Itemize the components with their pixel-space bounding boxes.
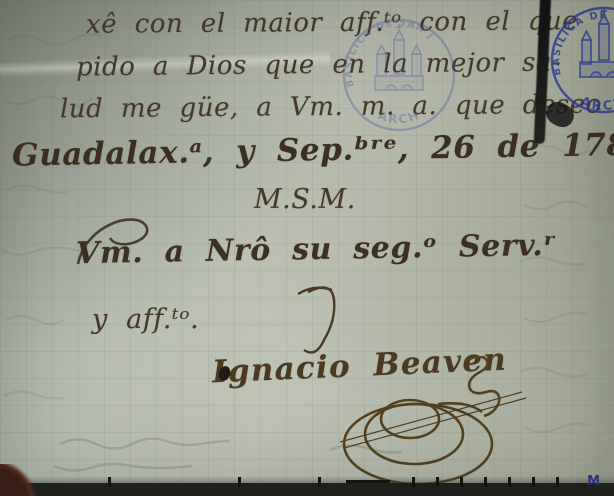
cutoff-letter-mark bbox=[460, 477, 463, 487]
manuscript-line-6: Vm. a Nrô su seg.ᵒ Serv.ʳ bbox=[76, 228, 557, 271]
cutoff-letter-mark bbox=[436, 477, 439, 487]
signature-text: Ignacio Beaven bbox=[211, 342, 507, 391]
cutoff-letter-mark bbox=[346, 480, 390, 483]
cutoff-letter-mark bbox=[412, 477, 415, 487]
manuscript-line-2: pido a Dios que en la mejor sa- bbox=[76, 47, 562, 82]
manuscript-line-1: xê con el maior aff.ᵗᵒ con el que bbox=[86, 6, 578, 39]
manuscript-line-7: y aff.ᵗᵒ. bbox=[92, 304, 199, 335]
cutoff-letter-mark bbox=[238, 477, 241, 487]
cutoff-letter-mark bbox=[556, 477, 559, 487]
cutoff-letter-mark bbox=[484, 477, 487, 487]
cutoff-letter-mark bbox=[108, 477, 111, 487]
manuscript-dateline: Guadalax.ᵃ, y Sep.ᵇʳᵉ, 26 de 1783 bbox=[12, 126, 614, 173]
table-corner bbox=[0, 464, 44, 496]
cutoff-letter-mark bbox=[318, 477, 321, 487]
manuscript-line-3: lud me güe, a Vm. m. a. que deseo bbox=[60, 90, 602, 125]
manuscript-closing-msm: M.S.M. bbox=[254, 184, 356, 215]
bottom-edge-band bbox=[0, 483, 614, 496]
cutoff-letter-mark bbox=[532, 477, 535, 487]
cutoff-letter-mark bbox=[508, 477, 511, 487]
manuscript-photo: xê con el maior aff.ᵗᵒ con el que pido a… bbox=[0, 0, 614, 496]
cutoff-blue-letter: M bbox=[587, 474, 600, 489]
